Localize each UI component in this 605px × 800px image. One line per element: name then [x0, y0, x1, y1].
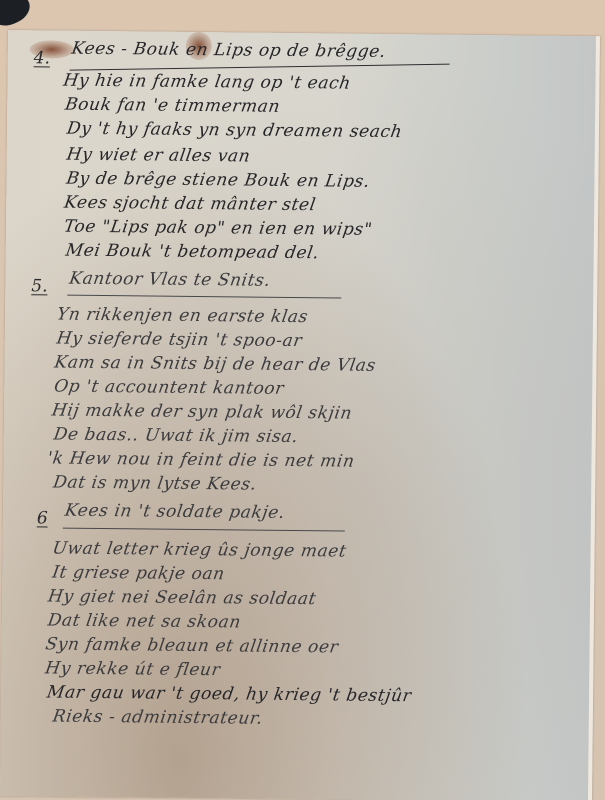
verse-line: Kees sjocht dat mânter stel [63, 193, 318, 216]
title-underline [67, 295, 341, 299]
section-title: Kees in 't soldate pakje. [63, 501, 286, 523]
section-number: 4. [34, 48, 50, 68]
verse-line: Dat like net sa skoan [46, 610, 242, 632]
verse-line: Toe "Lips pak op" en ien en wips" [62, 217, 373, 240]
verse-line: By de brêge stiene Bouk en Lips. [65, 169, 371, 192]
verse-line: Dy 't hy faaks yn syn dreamen seach [65, 119, 403, 142]
verse-content: 4. Kees - Bouk en Lips op de brêgge. Hy … [0, 30, 600, 800]
verse-line: Mar gau war 't goed, hy krieg 't bestjûr [46, 682, 413, 706]
verse-line: Hy rekke út e fleur [44, 658, 222, 680]
verse-line: Mei Bouk 't betompead del. [64, 241, 320, 264]
verse-line: Hy hie in famke lang op 't each [62, 71, 352, 94]
verse-line: It griese pakje oan [51, 563, 226, 585]
section-number: 6 [37, 508, 48, 528]
verse-line: Bouk fan 'e timmerman [64, 95, 282, 117]
verse-line: Dat is myn lytse Kees. [52, 473, 258, 495]
verse-line: De baas.. Uwat ik jim sisa. [52, 425, 299, 448]
section-title: Kees - Bouk en Lips op de brêgge. [70, 39, 387, 62]
verse-line: Op 't accountent kantoor [53, 377, 286, 399]
section-number: 5. [31, 276, 47, 296]
verse-line: Hy giet nei Seelân as soldaat [47, 586, 318, 609]
verse-line: Yn rikkenjen en earste klas [56, 305, 310, 328]
verse-line: Hy wiet er alles van [65, 145, 252, 167]
section-title: Kantoor Vlas te Snits. [68, 269, 272, 291]
verse-line: Kam sa in Snits bij de hear de Vlas [53, 353, 377, 376]
verse-line: Rieks - administrateur. [51, 707, 264, 729]
verse-line: 'k Hew nou in feint die is net min [46, 448, 356, 471]
manuscript-page: 4. Kees - Bouk en Lips op de brêgge. Hy … [0, 30, 600, 800]
verse-line: Hy sieferde tsjin 't spoo-ar [55, 329, 303, 352]
verse-line: Hij makke der syn plak wôl skjin [51, 400, 354, 423]
title-underline [70, 64, 450, 71]
title-underline [63, 528, 345, 532]
verse-line: Uwat letter krieg ûs jonge maet [51, 539, 348, 562]
verse-line: Syn famke bleaun et allinne oer [44, 634, 340, 657]
